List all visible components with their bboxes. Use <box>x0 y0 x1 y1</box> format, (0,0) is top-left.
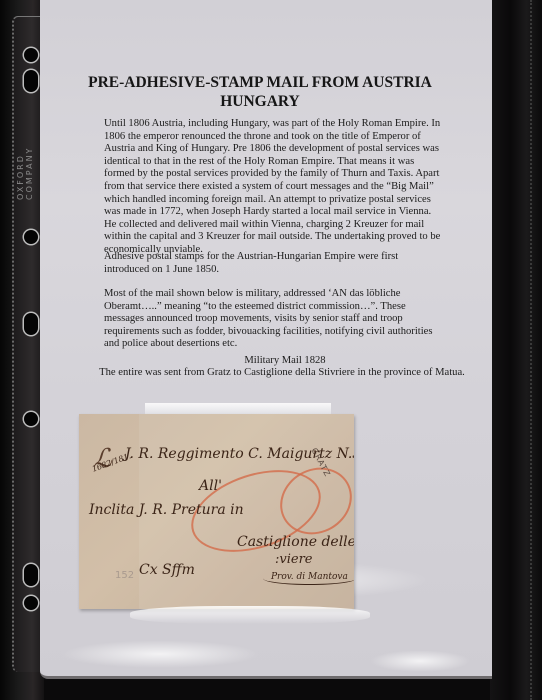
military-mail-paragraph: Most of the mail shown below is military… <box>104 288 444 351</box>
binder-strip: OXFORD COMPANY <box>0 0 44 700</box>
binder-strip-text: OXFORD COMPANY <box>16 110 36 200</box>
punch-hole <box>24 70 38 92</box>
address-line-all: All' <box>199 478 222 494</box>
punch-hole <box>24 230 38 244</box>
caption-title: Military Mail 1828 <box>100 355 470 367</box>
sleeve-reflection <box>370 650 470 672</box>
address-line-castiglione: Castiglione delle Sti- <box>237 534 354 550</box>
punch-hole <box>24 48 38 62</box>
address-line-province: Prov. di Mantova <box>263 572 354 585</box>
sleeve-reflection <box>60 640 260 668</box>
history-paragraph: Until 1806 Austria, including Hungary, w… <box>104 118 444 257</box>
punch-hole <box>24 596 38 610</box>
address-line-regiment: J. R. Reggimento C. Maigurtz N.38. <box>125 446 354 462</box>
page-title: PRE-ADHESIVE-STAMP MAIL FROM AUSTRIA HUN… <box>60 73 460 111</box>
sleeve-reflection <box>130 606 370 624</box>
caption-text: The entire was sent from Gratz to Castig… <box>92 367 472 379</box>
binder-right-edge <box>490 0 542 700</box>
signature: Cx Sffm <box>139 562 195 578</box>
title-line-1: PRE-ADHESIVE-STAMP MAIL FROM AUSTRIA <box>60 73 460 92</box>
stamps-paragraph: Adhesive postal stamps for the Austrian-… <box>104 251 444 276</box>
postal-cover: GRATZ ℒ 1682/181. J. R. Reggimento C. Ma… <box>79 414 354 609</box>
punch-hole <box>24 313 38 335</box>
address-line-pretura: Inclita J. R. Pretura in <box>89 502 244 518</box>
punch-hole <box>24 564 38 586</box>
punch-hole <box>24 412 38 426</box>
pencil-note: 152 <box>115 570 134 581</box>
title-line-2: HUNGARY <box>60 92 460 111</box>
address-line-viere: :viere <box>275 552 312 567</box>
